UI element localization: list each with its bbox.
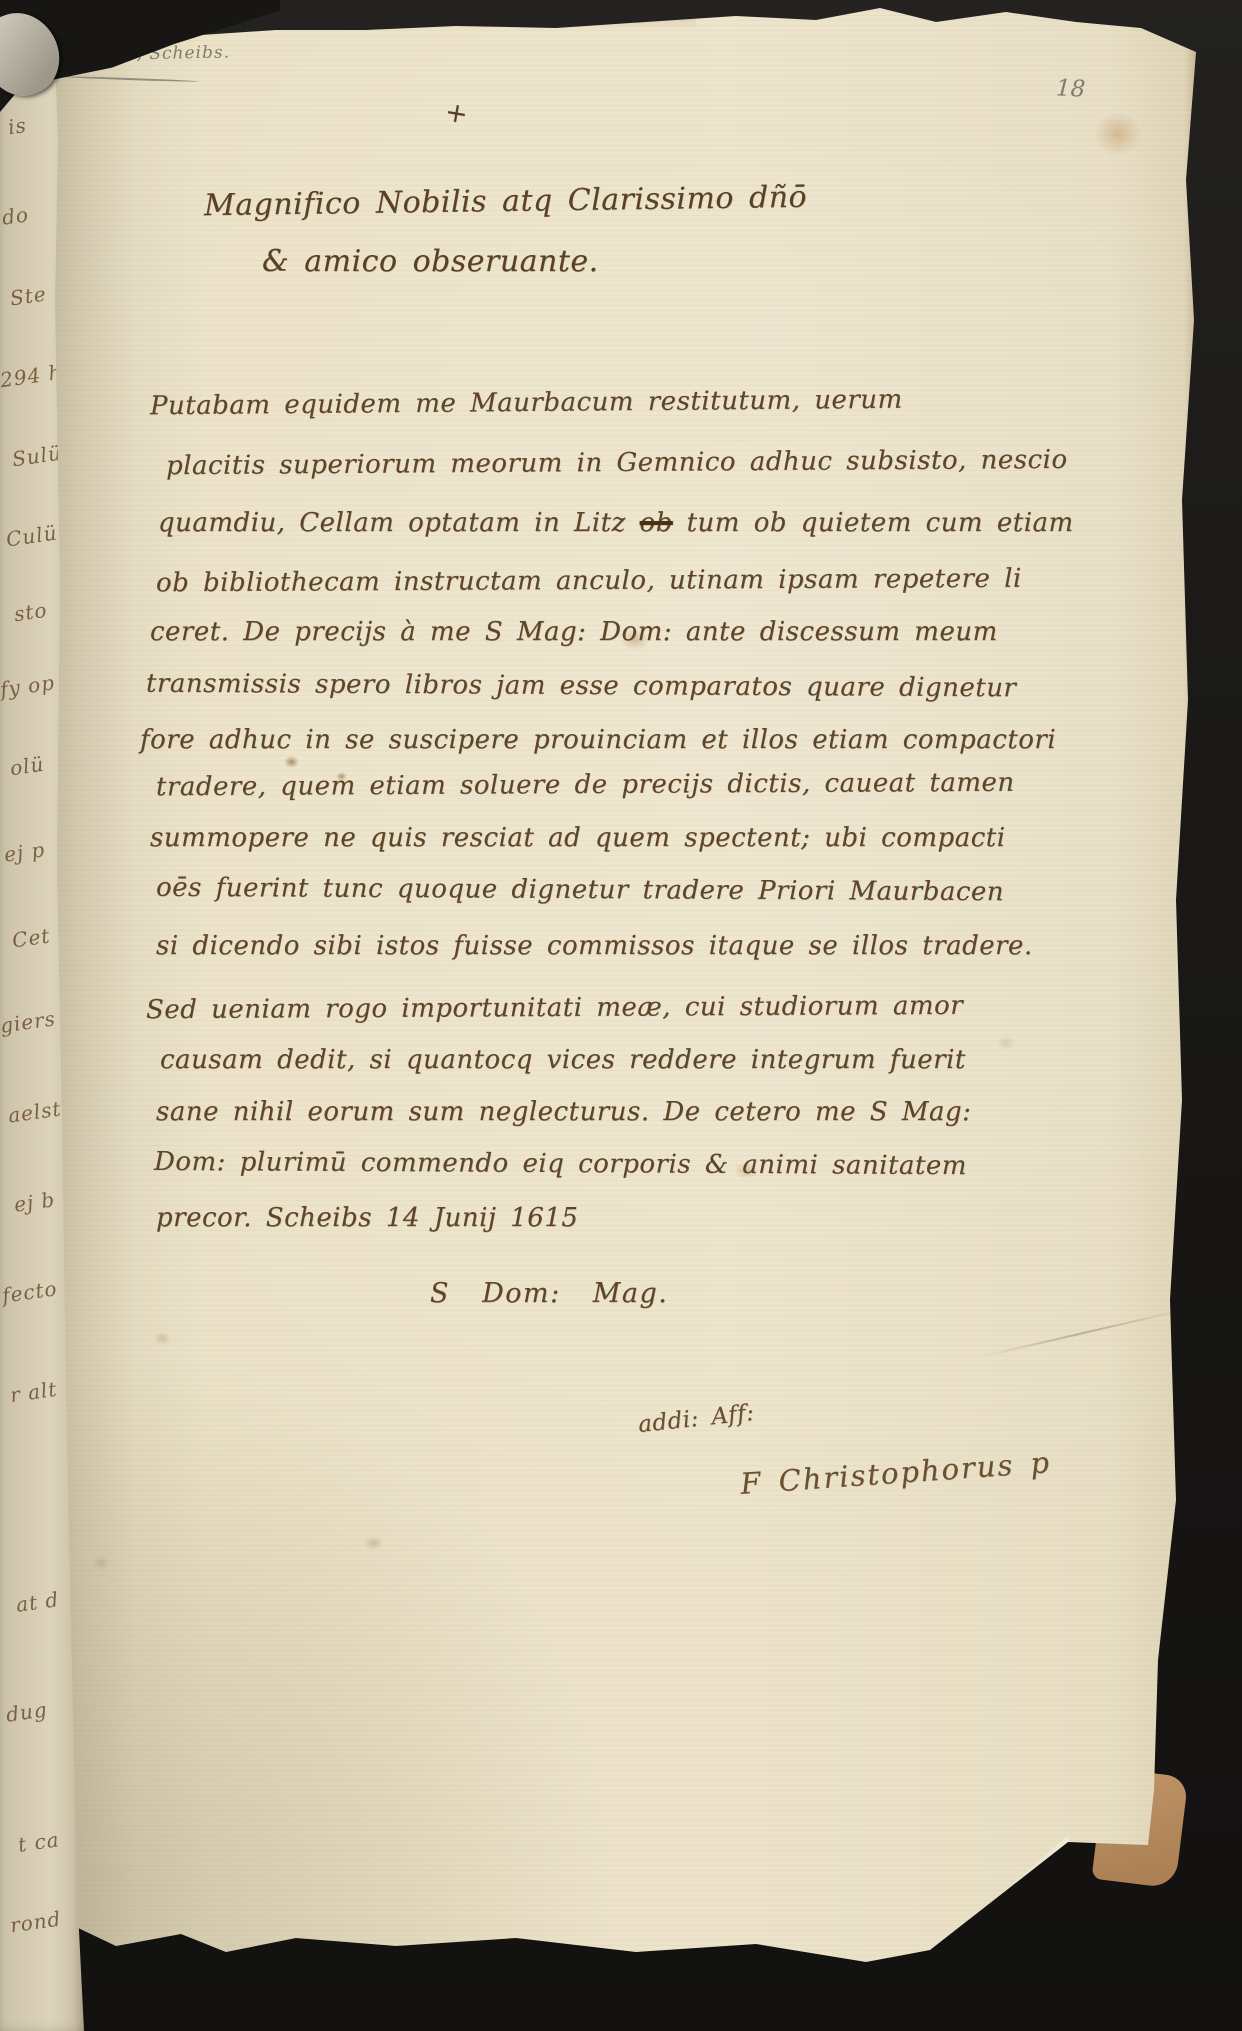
adjacent-page-fragment: olü: [8, 752, 45, 781]
adjacent-page-fragment: r alt: [9, 1377, 59, 1407]
adjacent-page-fragment: Sulü: [11, 441, 64, 472]
letter-line: oēs fuerint tunc quoque dignetur tradere…: [156, 873, 1004, 907]
letter-line: Sed ueniam rogo importunitati meæ, cui s…: [146, 991, 963, 1025]
adjacent-page-fragment: ej p: [3, 837, 47, 867]
letter-line: ob bibliothecam instructam anculo, utina…: [156, 564, 1022, 599]
line-segment: tum ob quietem cum etiam: [673, 508, 1074, 538]
adjacent-page-fragment: giers: [0, 1006, 57, 1038]
struck-word: ob: [640, 508, 673, 538]
manuscript-photo: 14. Juni, Scheibs. + 18 + Magnifico Nobi…: [0, 0, 1242, 2031]
stain: [284, 756, 299, 768]
adjacent-page-fragment: sto: [12, 598, 48, 626]
signoff-line: addi: Aff:: [637, 1400, 756, 1438]
line-segment: quamdiu, Cellam optatam in Litz: [158, 508, 640, 538]
stain: [364, 1536, 383, 1550]
letter-line: causam dedit, si quantocq vices reddere …: [160, 1045, 966, 1075]
adjacent-page-fragment: aelst: [7, 1096, 63, 1127]
letter-page: 14. Juni, Scheibs. + 18 + Magnifico Nobi…: [36, 0, 1200, 1985]
letter-line: sane nihil eorum sum neglecturus. De cet…: [156, 1097, 971, 1127]
adjacent-page-fragment: Culü: [5, 521, 59, 552]
folded-corner: [896, 1818, 1148, 1970]
adjacent-page-fragment: do: [0, 202, 30, 230]
adjacent-page-fragment: ej b: [13, 1187, 57, 1217]
letter-line: fore adhuc in se suscipere prouinciam et…: [140, 725, 1056, 755]
salutation-line: & amico obseruante.: [262, 244, 599, 279]
adjacent-page-fragment: t ca: [17, 1827, 61, 1857]
letter-line: Dom: plurimū commendo eiq corporis & ani…: [154, 1147, 967, 1181]
letter-line: quamdiu, Cellam optatam in Litz ob tum o…: [158, 508, 1074, 538]
letter-line: transmissis spero libros jam esse compar…: [146, 669, 1017, 704]
adjacent-page-fragment: fy op: [0, 670, 56, 701]
adjacent-page-fragment: at d: [15, 1587, 61, 1617]
letter-line: precor. Scheibs 14 Junij 1615: [156, 1203, 578, 1233]
adjacent-page-fragment: 294 h: [0, 360, 64, 392]
letter-line: tradere, quem etiam soluere de precijs d…: [156, 768, 1015, 802]
adjacent-page-fragment: fecto: [1, 1276, 59, 1307]
letter-line: placitis superiorum meorum in Gemnico ad…: [166, 445, 1068, 481]
closing-line: S Dom: Mag.: [430, 1278, 668, 1309]
stain: [154, 1332, 171, 1345]
invocation-cross: +: [442, 96, 470, 131]
salutation-line: Magnifico Nobilis atq Clarissimo dñō: [204, 180, 808, 223]
pencil-underline: [60, 76, 198, 83]
letter-line: ceret. De precijs à me S Mag: Dom: ante …: [150, 617, 998, 647]
letter-line: Putabam equidem me Maurbacum restitutum,…: [150, 385, 903, 422]
adjacent-page-fragment: rond: [9, 1907, 63, 1938]
adjacent-page-fragment: Ste: [9, 282, 49, 311]
letter-line: summopere ne quis resciat ad quem specte…: [150, 823, 1006, 853]
signature: F Christophorus p: [739, 1445, 1052, 1501]
stain: [996, 1036, 1016, 1050]
right-edge-tint: [1184, 40, 1200, 1840]
page-number: 18: [1055, 75, 1086, 102]
letter-line: si dicendo sibi istos fuisse commissos i…: [156, 931, 1033, 961]
stain: [92, 1556, 110, 1570]
stain: [1094, 112, 1142, 156]
crease-line: [979, 1308, 1189, 1358]
adjacent-page-fragment: is: [6, 113, 28, 139]
adjacent-page-fragment: dug: [5, 1697, 49, 1727]
